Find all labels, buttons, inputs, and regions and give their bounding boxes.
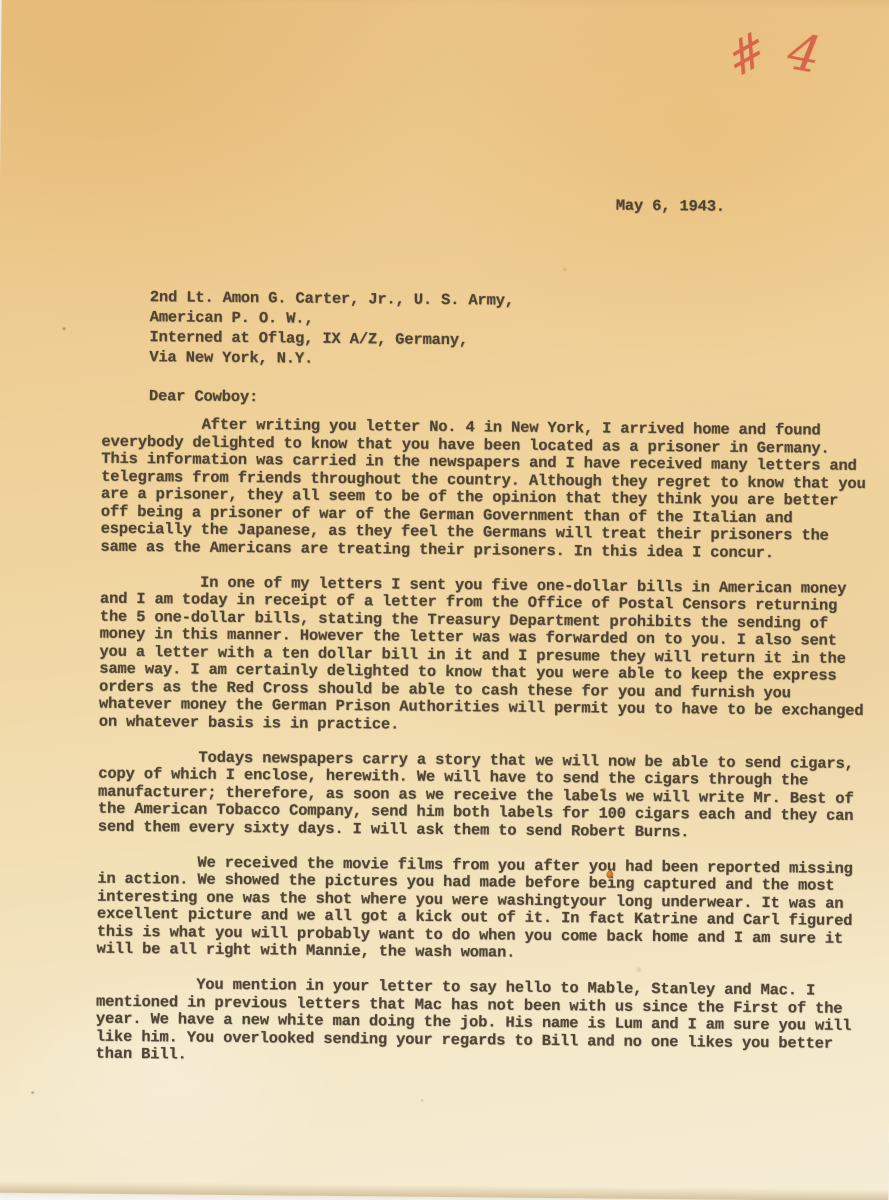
red-pencil-annotation: #4 bbox=[727, 24, 820, 83]
ink-stain-speck bbox=[606, 871, 613, 879]
recipient-address-line-4: Via New York, N.Y. bbox=[149, 347, 513, 370]
paper-speck bbox=[31, 1091, 34, 1094]
paper-speck bbox=[602, 788, 606, 791]
red-pencil-hash-mark: # bbox=[721, 18, 771, 90]
salutation: Dear Cowboy: bbox=[149, 388, 258, 407]
letter-paragraph-4: We received the movie films from you aft… bbox=[96, 853, 869, 965]
letter-paragraph-5: You mention in your letter to say hello … bbox=[95, 976, 868, 1071]
recipient-address-block: 2nd Lt. Amon G. Carter, Jr., U. S. Army,… bbox=[149, 287, 514, 370]
letter-paragraph-1: After writing you letter No. 4 in New Yo… bbox=[100, 416, 873, 563]
red-pencil-number: 4 bbox=[783, 22, 825, 85]
letter-paragraph-2: In one of my letters I sent you five one… bbox=[99, 573, 872, 738]
letter-paragraph-3: Todays newspapers carry a story that we … bbox=[98, 748, 871, 843]
letter-date: May 6, 1943. bbox=[616, 198, 725, 217]
scanned-letter-frame: #4 May 6, 1943. 2nd Lt. Amon G. Carter, … bbox=[0, 0, 889, 1200]
letter-paper: #4 May 6, 1943. 2nd Lt. Amon G. Carter, … bbox=[0, 0, 889, 1200]
paper-speck bbox=[63, 327, 66, 330]
letter-body: After writing you letter No. 4 in New Yo… bbox=[95, 416, 873, 1088]
